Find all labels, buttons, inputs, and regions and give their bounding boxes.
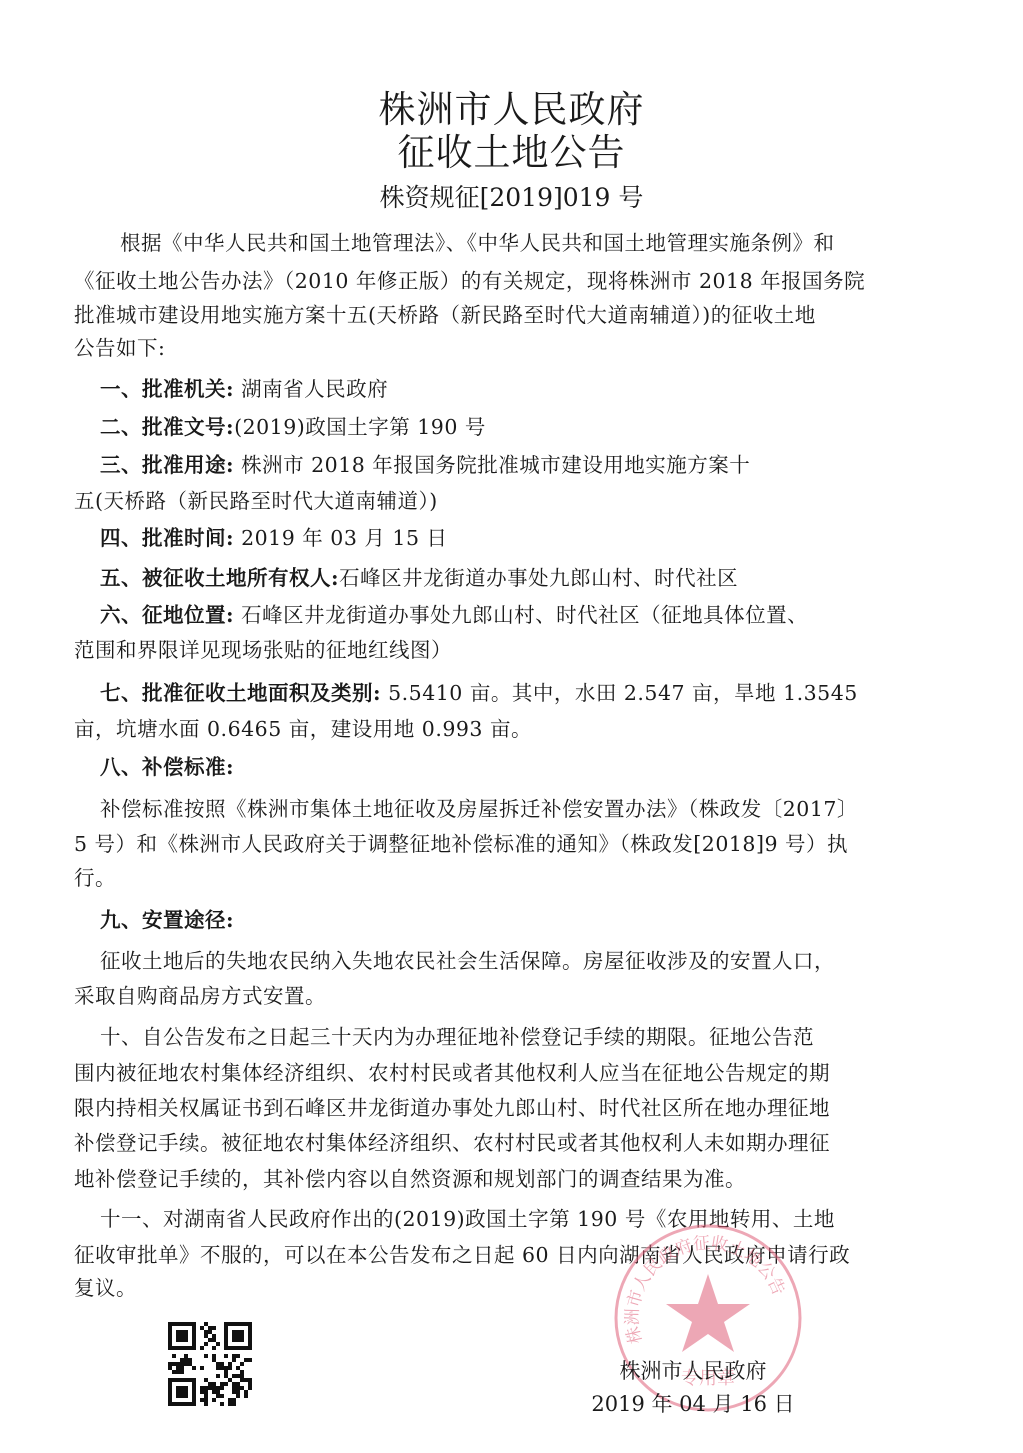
item-land-area: 七、批准征收土地面积及类别: 5.5410 亩。其中，水田 2.547 亩，旱地… (100, 676, 858, 706)
item-approval-use-cont: 五(天桥路（新民路至时代大道南辅道）) (74, 484, 438, 514)
page-title-line2: 征收土地公告 (0, 131, 1023, 175)
issuer-name: 株洲市人民政府 (563, 1355, 823, 1385)
item-value: 株洲市 2018 年报国务院批准城市建设用地实施方案十 (234, 453, 750, 477)
item-value: 2019 年 03 月 15 日 (234, 526, 447, 550)
review-line: 十一、对湖南省人民政府作出的(2019)政国土字第 190 号《农用地转用、土地 (100, 1202, 835, 1232)
item-value: (2019)政国土字第 190 号 (234, 415, 486, 439)
document-number: 株资规征[2019]019 号 (0, 178, 1023, 214)
intro-line: 公告如下: (74, 331, 165, 361)
review-line: 复议。 (74, 1271, 137, 1301)
registration-line: 补偿登记手续。被征地农村集体经济组织、农村村民或者其他权利人未如期办理征 (74, 1126, 830, 1156)
resettlement-line: 征收土地后的失地农民纳入失地农民社会生活保障。房屋征收涉及的安置人口， (100, 944, 835, 974)
item-land-owner: 五、被征收土地所有权人:石峰区井龙街道办事处九郎山村、时代社区 (100, 561, 738, 591)
item-compensation-label: 八、补偿标准: (100, 750, 234, 780)
item-label: 一、批准机关: (100, 377, 234, 401)
qr-code (168, 1322, 252, 1406)
item-resettlement-label: 九、安置途径: (100, 903, 234, 933)
intro-line: 批准城市建设用地实施方案十五(天桥路（新民路至时代大道南辅道）)的征收土地 (74, 298, 816, 328)
registration-line: 围内被征地农村集体经济组织、农村村民或者其他权利人应当在征地公告规定的期 (74, 1056, 830, 1086)
issue-date: 2019 年 04 月 16 日 (563, 1388, 823, 1418)
item-label: 三、批准用途: (100, 453, 234, 477)
item-land-location: 六、征地位置: 石峰区井龙街道办事处九郎山村、时代社区（征地具体位置、 (100, 598, 808, 628)
compensation-line: 补偿标准按照《株洲市集体土地征收及房屋拆迁补偿安置办法》（株政发〔2017〕 (100, 792, 858, 822)
item-label: 六、征地位置: (100, 603, 234, 627)
item-land-area-cont: 亩，坑塘水面 0.6465 亩，建设用地 0.993 亩。 (74, 712, 532, 742)
registration-line: 限内持相关权属证书到石峰区井龙街道办事处九郎山村、时代社区所在地办理征地 (74, 1091, 830, 1121)
item-label: 七、批准征收土地面积及类别: (100, 681, 381, 705)
intro-line: 根据《中华人民共和国土地管理法》、《中华人民共和国土地管理实施条例》和 (120, 226, 835, 256)
item-value: 5.5410 亩。其中，水田 2.547 亩，旱地 1.3545 (381, 681, 858, 705)
item-approval-authority: 一、批准机关: 湖南省人民政府 (100, 372, 388, 402)
compensation-line: 5 号）和《株洲市人民政府关于调整征地补偿标准的通知》（株政发[2018]9 号… (74, 827, 848, 857)
compensation-line: 行。 (74, 861, 116, 891)
item-value: 石峰区井龙街道办事处九郎山村、时代社区 (339, 566, 738, 590)
page-title-line1: 株洲市人民政府 (0, 88, 1023, 132)
item-label: 五、被征收土地所有权人: (100, 566, 339, 590)
resettlement-line: 采取自购商品房方式安置。 (74, 979, 326, 1009)
registration-line: 十、自公告发布之日起三十天内为办理征地补偿登记手续的期限。征地公告范 (100, 1020, 814, 1050)
registration-line: 地补偿登记手续的，其补偿内容以自然资源和规划部门的调查结果为准。 (74, 1162, 746, 1192)
review-line: 征收审批单》不服的，可以在本公告发布之日起 60 日内向湖南省人民政府申请行政 (74, 1238, 850, 1268)
item-value: 石峰区井龙街道办事处九郎山村、时代社区（征地具体位置、 (234, 603, 808, 627)
item-label: 二、批准文号: (100, 415, 234, 439)
item-approval-number: 二、批准文号:(2019)政国土字第 190 号 (100, 410, 486, 440)
item-approval-date: 四、批准时间: 2019 年 03 月 15 日 (100, 521, 448, 551)
item-label: 四、批准时间: (100, 526, 234, 550)
item-value: 湖南省人民政府 (234, 377, 388, 401)
star-icon (666, 1274, 750, 1352)
item-land-location-cont: 范围和界限详见现场张贴的征地红线图） (74, 633, 452, 663)
intro-line: 《征收土地公告办法》（2010 年修正版）的有关规定，现将株洲市 2018 年报… (74, 264, 865, 294)
item-approval-use: 三、批准用途: 株洲市 2018 年报国务院批准城市建设用地实施方案十 (100, 448, 750, 478)
